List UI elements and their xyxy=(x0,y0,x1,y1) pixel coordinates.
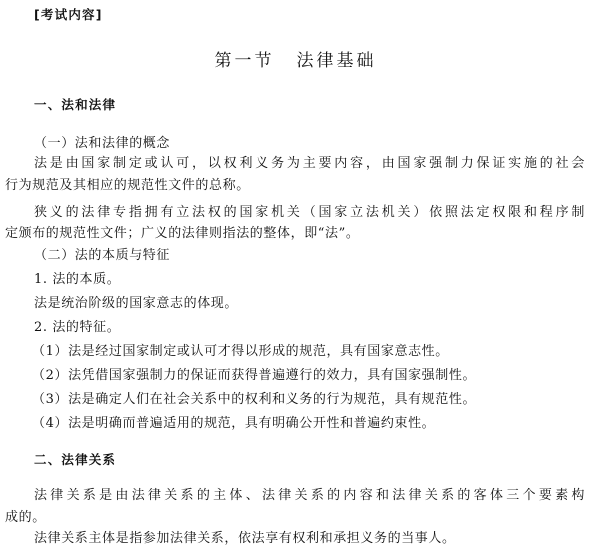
chapter-title: 第一节法律基础 xyxy=(0,50,591,72)
section-heading-1: 一、法和法律 xyxy=(34,97,116,113)
exam-content-tag: [考试内容] xyxy=(34,7,103,23)
paragraph-1-line-1: 法是由国家制定或认可，以权利义务为主要内容，由国家强制力保证实施的社会 xyxy=(34,156,585,172)
subsection-heading-1: （一）法和法律的概念 xyxy=(34,136,170,152)
list-item: （4）法是明确而普遍适用的规范，具有明确公开性和普遍约束性。 xyxy=(32,416,435,432)
paragraph-3-line-1: 法律关系是由法律关系的主体、法律关系的内容和法律关系的客体三个要素构 xyxy=(34,488,585,504)
list-item: （2）法凭借国家强制力的保证而获得普遍遵行的效力，具有国家强制性。 xyxy=(32,368,476,384)
list-item: 法是统治阶级的国家意志的体现。 xyxy=(34,296,238,312)
document-page: [考试内容] 第一节法律基础 一、法和法律 （一）法和法律的概念 法是由国家制定… xyxy=(0,0,591,547)
list-item: （1）法是经过国家制定或认可才得以形成的规范，具有国家意志性。 xyxy=(32,344,449,360)
paragraph-2-line-2: 定颁布的规范性文件；广义的法律则指法的整体，即“法”。 xyxy=(5,226,360,242)
paragraph-3-line-2: 成的。 xyxy=(5,510,46,526)
subsection-heading-2: （二）法的本质与特征 xyxy=(34,248,170,264)
paragraph-4-line-1: 法律关系主体是指参加法律关系，依法享有权利和承担义务的当事人。 xyxy=(34,531,456,547)
chapter-name: 法律基础 xyxy=(297,51,377,71)
paragraph-1-line-2: 行为规范及其相应的规范性文件的总称。 xyxy=(5,178,250,194)
paragraph-2-line-1: 狭义的法律专指拥有立法权的国家机关（国家立法机关）依照法定权限和程序制 xyxy=(34,205,585,221)
list-item: 1. 法的本质。 xyxy=(34,272,120,288)
section-heading-2: 二、法律关系 xyxy=(34,452,116,468)
chapter-number: 第一节 xyxy=(215,51,275,71)
list-item: 2. 法的特征。 xyxy=(34,320,120,336)
list-item: （3）法是确定人们在社会关系中的权利和义务的行为规范，具有规范性。 xyxy=(32,392,476,408)
